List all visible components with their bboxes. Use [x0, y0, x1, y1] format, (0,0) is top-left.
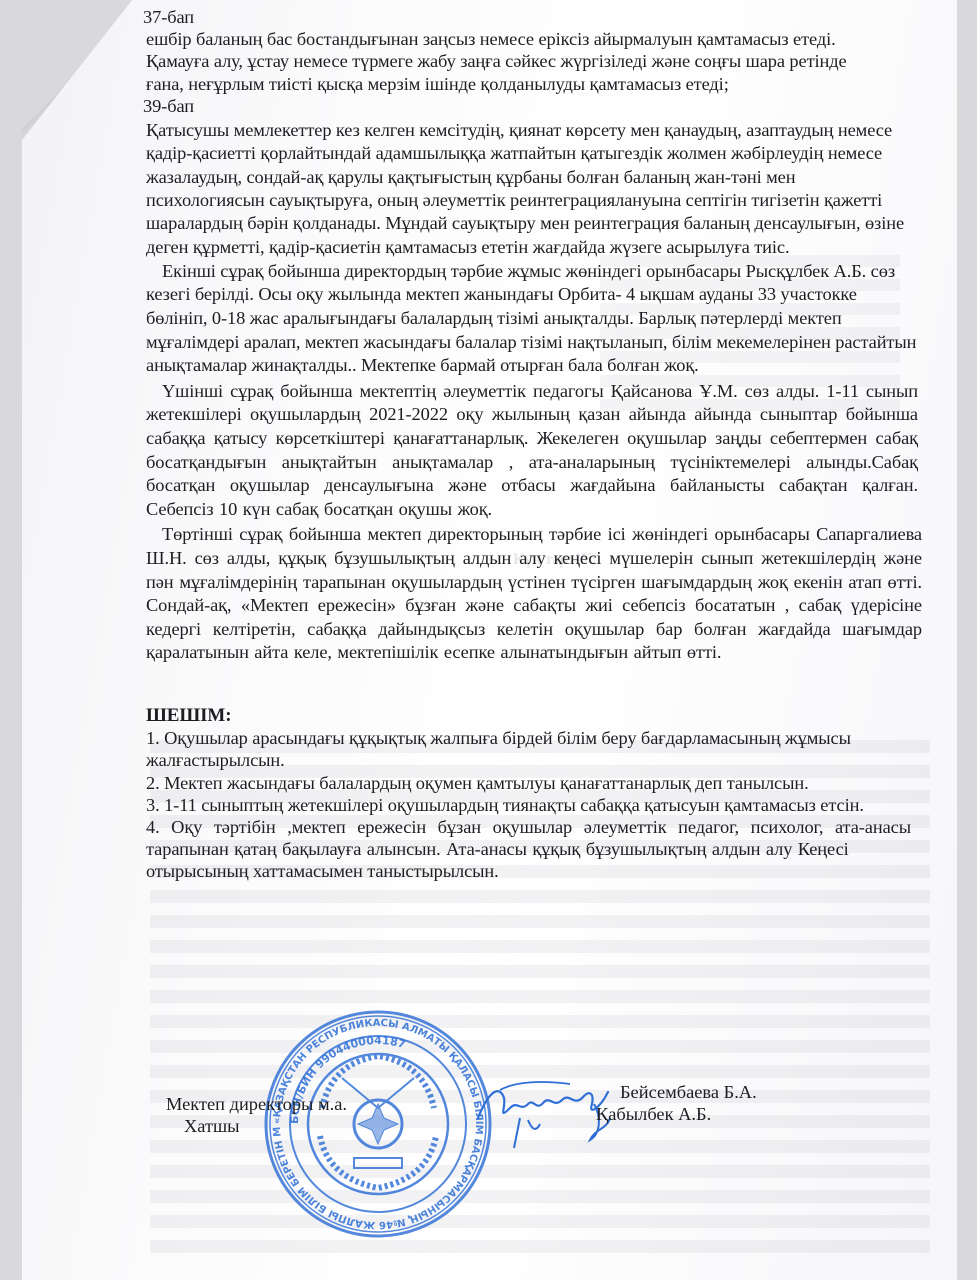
article-37-label: 37-бап	[143, 6, 916, 28]
secretary-role: Хатшы	[184, 1116, 240, 1137]
article-39-label: 39-бап	[143, 95, 916, 117]
paragraph-third-question: Үшінші сұрақ бойынша мектептің әлеуметті…	[146, 380, 918, 522]
article-37-line: ешбір баланың бас бостандығынан заңсыз н…	[146, 28, 916, 50]
article-37-line: Қамауға алу, ұстау немесе түрмеге жабу з…	[146, 50, 916, 72]
decision-item-1: 1. Оқушылар арасындағы құқықтық жалпыға …	[146, 727, 906, 771]
paragraph-second-question: Екінші сұрақ бойынша директордың тәрбие …	[146, 260, 918, 378]
director-role: Мектеп директоры м.а.	[166, 1094, 347, 1115]
paragraph-fourth-question: Төртінші сұрақ бойынша мектеп директорын…	[146, 523, 922, 665]
director-name: Бейсембаева Б.А.	[620, 1082, 757, 1103]
decision-item-4-continued: отырысының хаттамасымен таныстырылсын.	[146, 860, 916, 882]
decision-item-2: 2. Мектеп жасындағы балалардың оқумен қа…	[146, 772, 906, 794]
article-37-line: ғана, неғұрлым тиісті қысқа мерзім ішінд…	[146, 73, 916, 95]
document-body: 37-бап ешбір баланың бас бостандығынан з…	[146, 6, 916, 883]
secretary-name: Қабылбек А.Б.	[596, 1104, 711, 1125]
decision-item-4: 4. Оқу тәртібін ,мектеп ережесін бұзан о…	[146, 816, 911, 860]
official-stamp-icon: «ҚАЗАҚСТАН РЕСПУБЛИКАСЫ АЛМАТЫ ҚАЛАСЫ БІ…	[262, 1008, 494, 1240]
decision-heading: ШЕШІМ:	[146, 705, 916, 727]
article-39-text: Қатысушы мемлекеттер кез келген кемсітуд…	[146, 119, 906, 259]
decision-item-3: 3. 1-11 сыныптың жетекшілері оқушылардың…	[146, 794, 906, 816]
